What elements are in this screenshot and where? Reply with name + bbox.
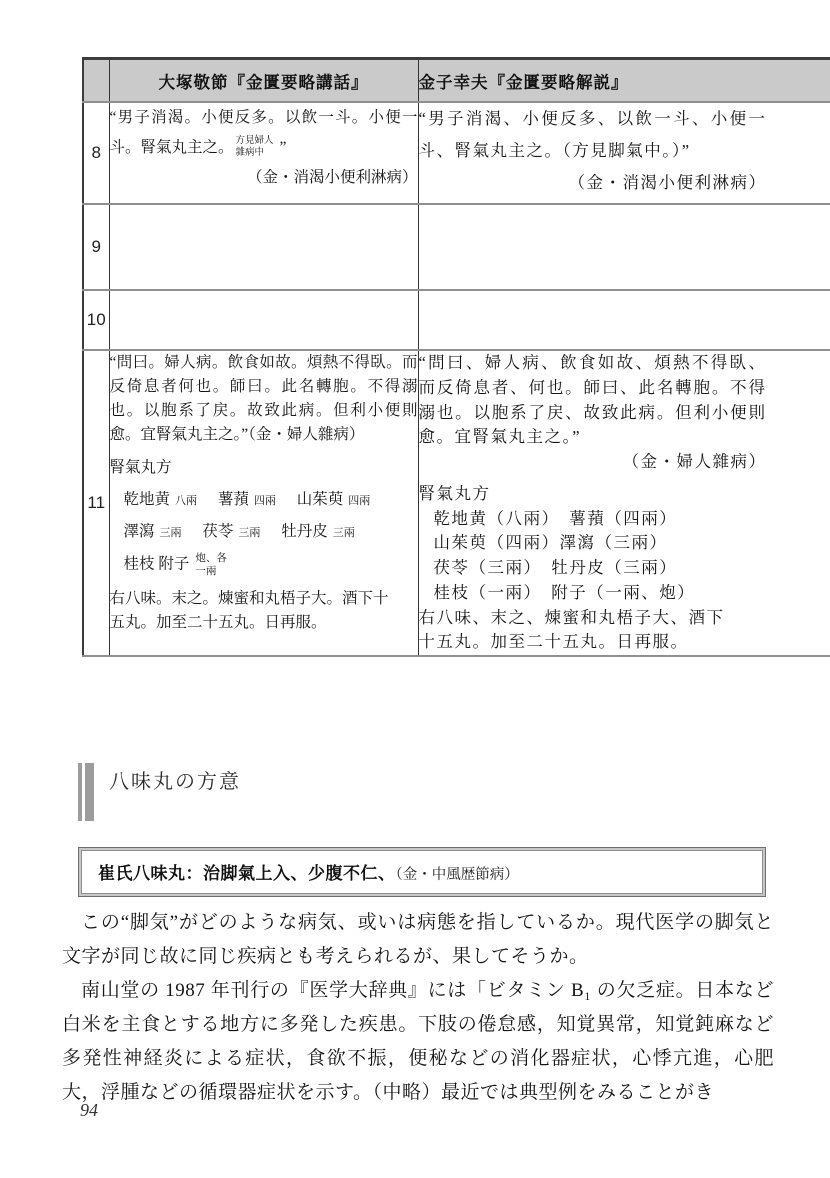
drug-qty: 三兩 xyxy=(160,527,182,539)
heading-accent-bar-thick xyxy=(85,763,94,821)
section-heading-block: 八味丸の方意 xyxy=(78,763,241,821)
ingredient: 山茱萸四兩 xyxy=(297,491,371,508)
paragraph-2: 南山堂の 1987 年刊行の『医学大辞典』には「ビタミン B₁ の欠乏症。日本な… xyxy=(62,974,774,1110)
table-row-11: 11 “問曰。婦人病。飲食如故。煩熱不得臥。而反倚息者何也。師曰。此名轉胞。不得… xyxy=(83,350,830,656)
cell-kaneko-10-empty xyxy=(418,290,830,350)
note-line-1: 炮、各 xyxy=(195,552,227,565)
closing-quote: ” xyxy=(280,139,287,156)
row-number: 11 xyxy=(83,350,109,656)
page-number: 94 xyxy=(80,1100,98,1121)
drug-name: 山茱萸 xyxy=(297,491,344,508)
ingredient-line: 乾地黄（八兩） 薯蕷（四兩） xyxy=(419,507,767,532)
drug-name: 桂枝 附子 xyxy=(124,556,190,573)
preparation-line-1: 右八味、末之、煉蜜和丸梧子大、酒下 xyxy=(419,608,725,627)
ingredient-line: 乾地黄八兩 薯蕷四兩 山茱萸四兩 xyxy=(110,488,418,512)
cell-otsuka-8: “男子消渴。小便反多。以飲一斗。小便一斗。腎氣丸主之。方見婦人雜病中” （金・消… xyxy=(109,102,418,204)
heading-accent-bar-thin xyxy=(78,763,82,821)
table-header-row: 大塚敬節『金匱要略講話』 金子幸夫『金匱要略解説』 xyxy=(83,59,830,103)
row-number: 9 xyxy=(83,204,109,290)
cell-content: “問曰、婦人病、飲食如故、煩熱不得臥、而反倚息者、何也。師曰、此名轉胞。不得溺也… xyxy=(419,351,767,655)
formula-title: 腎氣丸方 xyxy=(110,456,418,480)
preparation-text: 右八味、末之、煉蜜和丸梧子大、酒下十五丸。加至二十五丸。日再服。 xyxy=(419,606,767,656)
quote-text: “男子消渴、小便反多、以飲一斗、小便一斗、腎氣丸主之。（方見脚氣中。）” xyxy=(419,103,767,167)
preparation-line-2: 十五丸。加至二十五丸。日再服。 xyxy=(419,632,689,651)
ingredient-line: 澤瀉三兩 茯苓三兩 牡丹皮三兩 xyxy=(110,520,418,544)
book-page: 大塚敬節『金匱要略講話』 金子幸夫『金匱要略解説』 8 “男子消渴。小便反多。以… xyxy=(0,0,830,1178)
ingredient-line: 桂枝（一兩） 附子（一兩、炮） xyxy=(419,581,767,606)
note-line-1: 方見婦人 xyxy=(236,136,274,148)
ingredient: 牡丹皮三兩 xyxy=(281,523,355,540)
citation: （金・婦人雜病） xyxy=(419,450,767,475)
cell-kaneko-11: “問曰、婦人病、飲食如故、煩熱不得臥、而反倚息者、何也。師曰、此名轉胞。不得溺也… xyxy=(418,350,830,656)
row-number: 8 xyxy=(83,102,109,204)
note-line-2: 雜病中 xyxy=(236,148,274,160)
note-line-2: 一兩 xyxy=(195,565,227,578)
citation: （金・消渴小便利淋病） xyxy=(110,163,418,193)
cell-content: “男子消渴、小便反多、以飲一斗、小便一斗、腎氣丸主之。（方見脚氣中。）” （金・… xyxy=(419,103,767,200)
inline-small-note: 炮、各一兩 xyxy=(195,552,227,578)
table-row-8: 8 “男子消渴。小便反多。以飲一斗。小便一斗。腎氣丸主之。方見婦人雜病中” （金… xyxy=(83,102,830,204)
ingredient-line: 山茱萸（四兩）澤瀉（三兩） xyxy=(419,531,767,556)
quote-text: “問曰、婦人病、飲食如故、煩熱不得臥、而反倚息者、何也。師曰、此名轉胞。不得溺也… xyxy=(419,351,767,450)
drug-qty: 四兩 xyxy=(348,495,370,507)
cell-otsuka-9-empty xyxy=(109,204,418,290)
drug-qty: 三兩 xyxy=(333,527,355,539)
callout-title: 崔氏八味丸：治脚氣上入、少腹不仁、 xyxy=(98,864,396,883)
section-heading: 八味丸の方意 xyxy=(109,765,241,794)
ingredient-line: 桂枝 附子炮、各一兩 xyxy=(110,552,418,578)
quote-text: “問曰。婦人病。飲食如故。煩熱不得臥。而反倚息者何也。師曰。此名轉胞。不得溺也。… xyxy=(110,351,418,447)
preparation-line-2: 五丸。加至二十五丸。日再服。 xyxy=(110,614,327,631)
drug-qty: 三兩 xyxy=(238,527,260,539)
formula-title: 腎氣丸方 xyxy=(419,482,767,507)
comparison-table: 大塚敬節『金匱要略講話』 金子幸夫『金匱要略解説』 8 “男子消渴。小便反多。以… xyxy=(82,57,830,657)
cell-otsuka-11: “問曰。婦人病。飲食如故。煩熱不得臥。而反倚息者何也。師曰。此名轉胞。不得溺也。… xyxy=(109,350,418,656)
preparation-text: 右八味。末之。煉蜜和丸梧子大。酒下十五丸。加至二十五丸。日再服。 xyxy=(110,587,418,635)
preparation-line-1: 右八味。末之。煉蜜和丸梧子大。酒下十 xyxy=(110,590,389,607)
row-number: 10 xyxy=(83,290,109,350)
drug-name: 薯蕷 xyxy=(218,491,249,508)
callout-inner: 崔氏八味丸：治脚氣上入、少腹不仁、（金・中風歴節病） xyxy=(81,850,763,894)
ingredient-line: 茯苓（三兩） 牡丹皮（三兩） xyxy=(419,556,767,581)
table-row-9: 9 xyxy=(83,204,830,290)
citation: （金・消渴小便利淋病） xyxy=(419,167,767,199)
drug-name: 茯苓 xyxy=(202,523,233,540)
ingredient: 乾地黄八兩 xyxy=(124,491,198,508)
ingredient: 薯蕷四兩 xyxy=(218,491,276,508)
quote-text: “男子消渴。小便反多。以飲一斗。小便一斗。腎氣丸主之。方見婦人雜病中” xyxy=(110,103,418,163)
inline-small-note: 方見婦人雜病中 xyxy=(236,136,274,160)
header-kaneko-title: 金子幸夫『金匱要略解説』 xyxy=(418,59,830,103)
drug-name: 澤瀉 xyxy=(124,523,155,540)
body-text-block: この“脚気”がどのような病気、或いは病態を指しているか。現代医学の脚気と文字が同… xyxy=(62,906,774,1110)
header-otsuka-title: 大塚敬節『金匱要略講話』 xyxy=(109,59,418,103)
cell-otsuka-10-empty xyxy=(109,290,418,350)
drug-qty: 八兩 xyxy=(175,495,197,507)
callout-citation: （金・中風歴節病） xyxy=(396,867,519,883)
drug-name: 牡丹皮 xyxy=(281,523,328,540)
drug-name: 乾地黄 xyxy=(124,491,171,508)
ingredient: 茯苓三兩 xyxy=(202,523,260,540)
header-cell-empty xyxy=(83,59,109,103)
formula-callout-box: 崔氏八味丸：治脚氣上入、少腹不仁、（金・中風歴節病） xyxy=(78,847,766,897)
table-row-10: 10 xyxy=(83,290,830,350)
cell-kaneko-8: “男子消渴、小便反多、以飲一斗、小便一斗、腎氣丸主之。（方見脚氣中。）” （金・… xyxy=(418,102,830,204)
drug-qty: 四兩 xyxy=(254,495,276,507)
cell-kaneko-9-empty xyxy=(418,204,830,290)
paragraph-1: この“脚気”がどのような病気、或いは病態を指しているか。現代医学の脚気と文字が同… xyxy=(62,906,774,974)
ingredient: 澤瀉三兩 xyxy=(124,523,182,540)
